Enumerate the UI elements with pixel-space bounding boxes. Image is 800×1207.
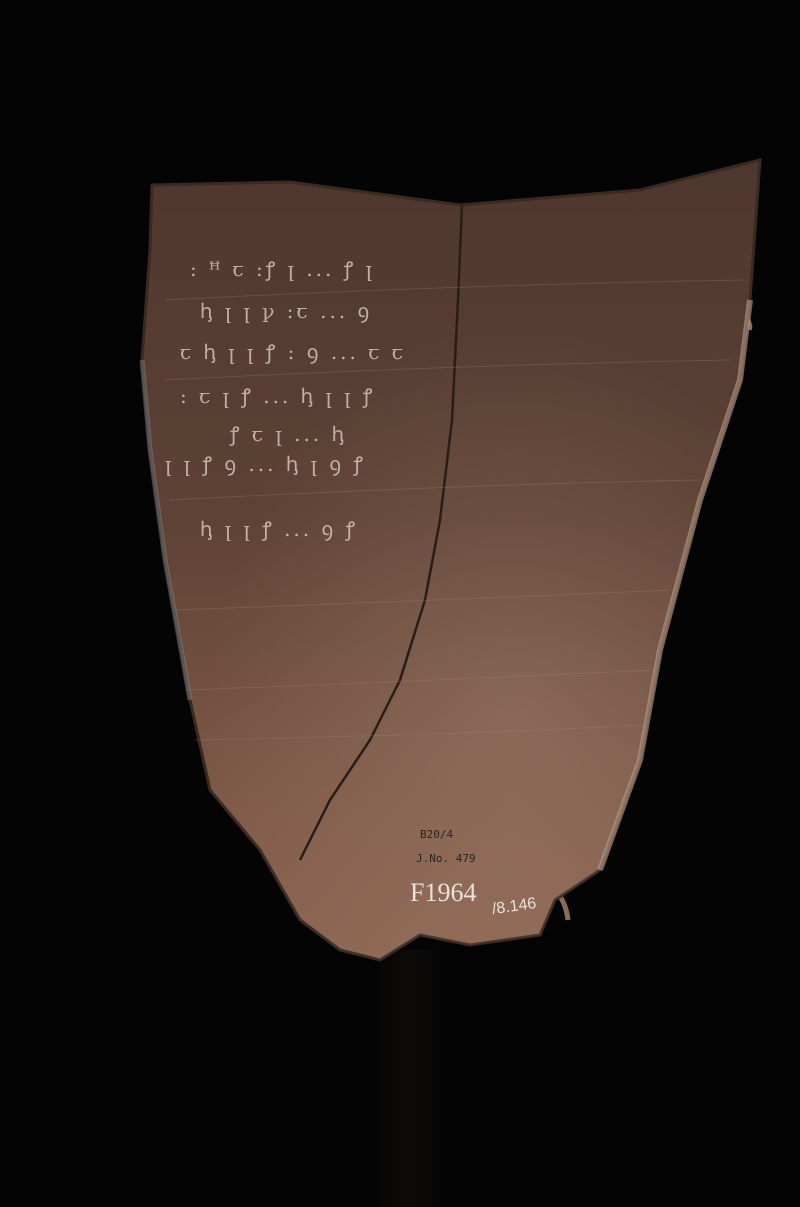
label-jno: J.No. 479 [416, 852, 476, 865]
inscription-line-7: ꞕ ꞁ ꞁ ꝭ ... ꝯ ꝭ [200, 515, 358, 542]
inscription-line-2: ꞕ ꞁ ꞁ ꝩ :ꞇ ... ꝯ [200, 297, 372, 324]
accession-number: F1964 [410, 878, 476, 908]
inscription-line-6: ꞁ ꞁ ꝭ ꝯ ... ꞕ ꞁ ꝯ ꝭ [165, 450, 366, 477]
inscription-line-4: : ꞇ ꞁ ꝭ ... ꞕ ꞁ ꞁ ꝭ [180, 382, 375, 409]
inscription-line-5: ꝭ ꞇ ꞁ ... ꞕ [230, 420, 347, 447]
inscription-line-3: ꞇ ꞕ ꞁ ꞁ ꝭ : ꝯ ... ꞇ ꞇ [180, 338, 406, 365]
inscription-line-1: : ꟸ ꞇ :ꝭ ꞁ ... ꝭ ꞁ [190, 255, 375, 282]
label-b20: B20/4 [420, 828, 453, 841]
photo-scene: : ꟸ ꞇ :ꝭ ꞁ ... ꝭ ꞁ ꞕ ꞁ ꞁ ꝩ :ꞇ ... ꝯ ꞇ ꞕ … [0, 0, 800, 1207]
ostracon-sherd [0, 0, 800, 1207]
